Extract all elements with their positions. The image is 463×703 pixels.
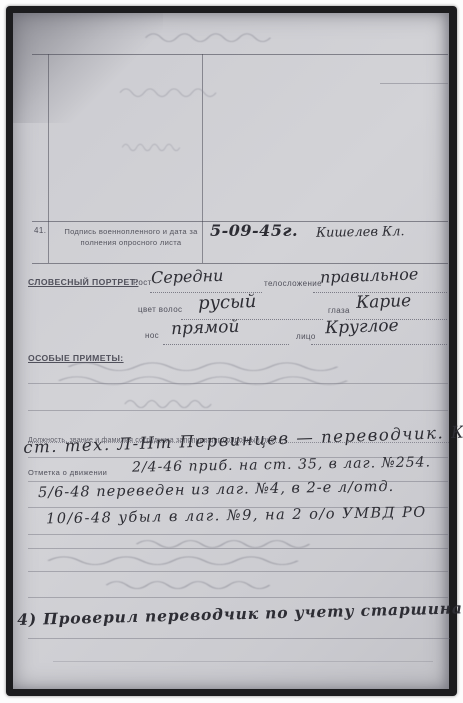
footer-ruled-line xyxy=(53,661,433,662)
bleedthrough-mark xyxy=(43,553,303,565)
face-fill-line xyxy=(311,343,447,345)
bleedthrough-mark xyxy=(53,373,353,385)
face-value: Круглое xyxy=(325,316,399,339)
hair-value: русый xyxy=(198,291,257,314)
table-bottom-border xyxy=(32,263,448,264)
signature-date-value: 5-09-45г. xyxy=(210,221,298,240)
scanned-document-photo: 41. Подпись военнопленного и дата за пол… xyxy=(0,0,463,703)
pow-signature-value: Кишелев Кл. xyxy=(316,224,405,241)
bleedthrough-mark xyxy=(123,397,213,408)
special-marks-ruled-line xyxy=(28,410,448,411)
face-label: лицо xyxy=(296,332,316,341)
build-value: правильное xyxy=(320,264,419,286)
bleedthrough-mark xyxy=(103,578,273,589)
portrait-heading: СЛОВЕСНЫЙ ПОРТРЕТ: xyxy=(28,277,138,287)
table-top-border xyxy=(32,54,448,55)
blank-ruled-line xyxy=(28,571,448,572)
movement-entry-3: 10/6-48 убыл в лаг. №9, на 2 о/о УМВД РО xyxy=(46,505,427,528)
row41-label: Подпись военнопленного и дата за полнени… xyxy=(61,226,201,248)
blank-ruled-line xyxy=(28,548,448,549)
row-number: 41. xyxy=(34,226,46,235)
row41-label-line1: Подпись военнопленного и дата за xyxy=(61,226,201,237)
table-column-divider-left xyxy=(48,54,49,263)
eyes-value: Карие xyxy=(356,291,412,313)
document-paper: 41. Подпись военнопленного и дата за пол… xyxy=(13,13,449,689)
movement-entry-2: 5/6-48 переведен из лаг. №4, в 2-е л/отд… xyxy=(38,479,394,501)
height-value: Середни xyxy=(151,266,224,288)
blank-ruled-line xyxy=(28,597,448,598)
bleedthrough-mark xyxy=(133,537,313,548)
row41-label-line2: полнения опросного листа xyxy=(61,237,201,248)
movement-ruled-line xyxy=(28,534,448,535)
bleedthrough-mark xyxy=(121,141,181,151)
nose-label: нос xyxy=(145,331,159,340)
bleedthrough-mark xyxy=(143,30,273,42)
nose-value: прямой xyxy=(171,317,240,339)
bleedthrough-mark xyxy=(118,85,218,97)
nose-fill-line xyxy=(163,343,289,345)
footer-verification-note: 4) Проверил переводчик по учету старшина… xyxy=(17,596,463,629)
hair-label: цвет волос xyxy=(138,305,182,314)
officer-value: ст. тех. Л-Нт Первинцев — переводчик. Кл… xyxy=(23,422,463,457)
build-label: телосложение xyxy=(264,279,322,288)
height-label: Рост xyxy=(133,278,152,287)
eyes-label: глаза xyxy=(328,306,350,315)
table-partial-row-line xyxy=(380,83,448,84)
movement-label: Отметка о движении xyxy=(28,468,107,477)
footer-ruled-line xyxy=(28,638,450,639)
bleedthrough-mark xyxy=(63,359,343,371)
scan-shadow xyxy=(13,13,163,123)
